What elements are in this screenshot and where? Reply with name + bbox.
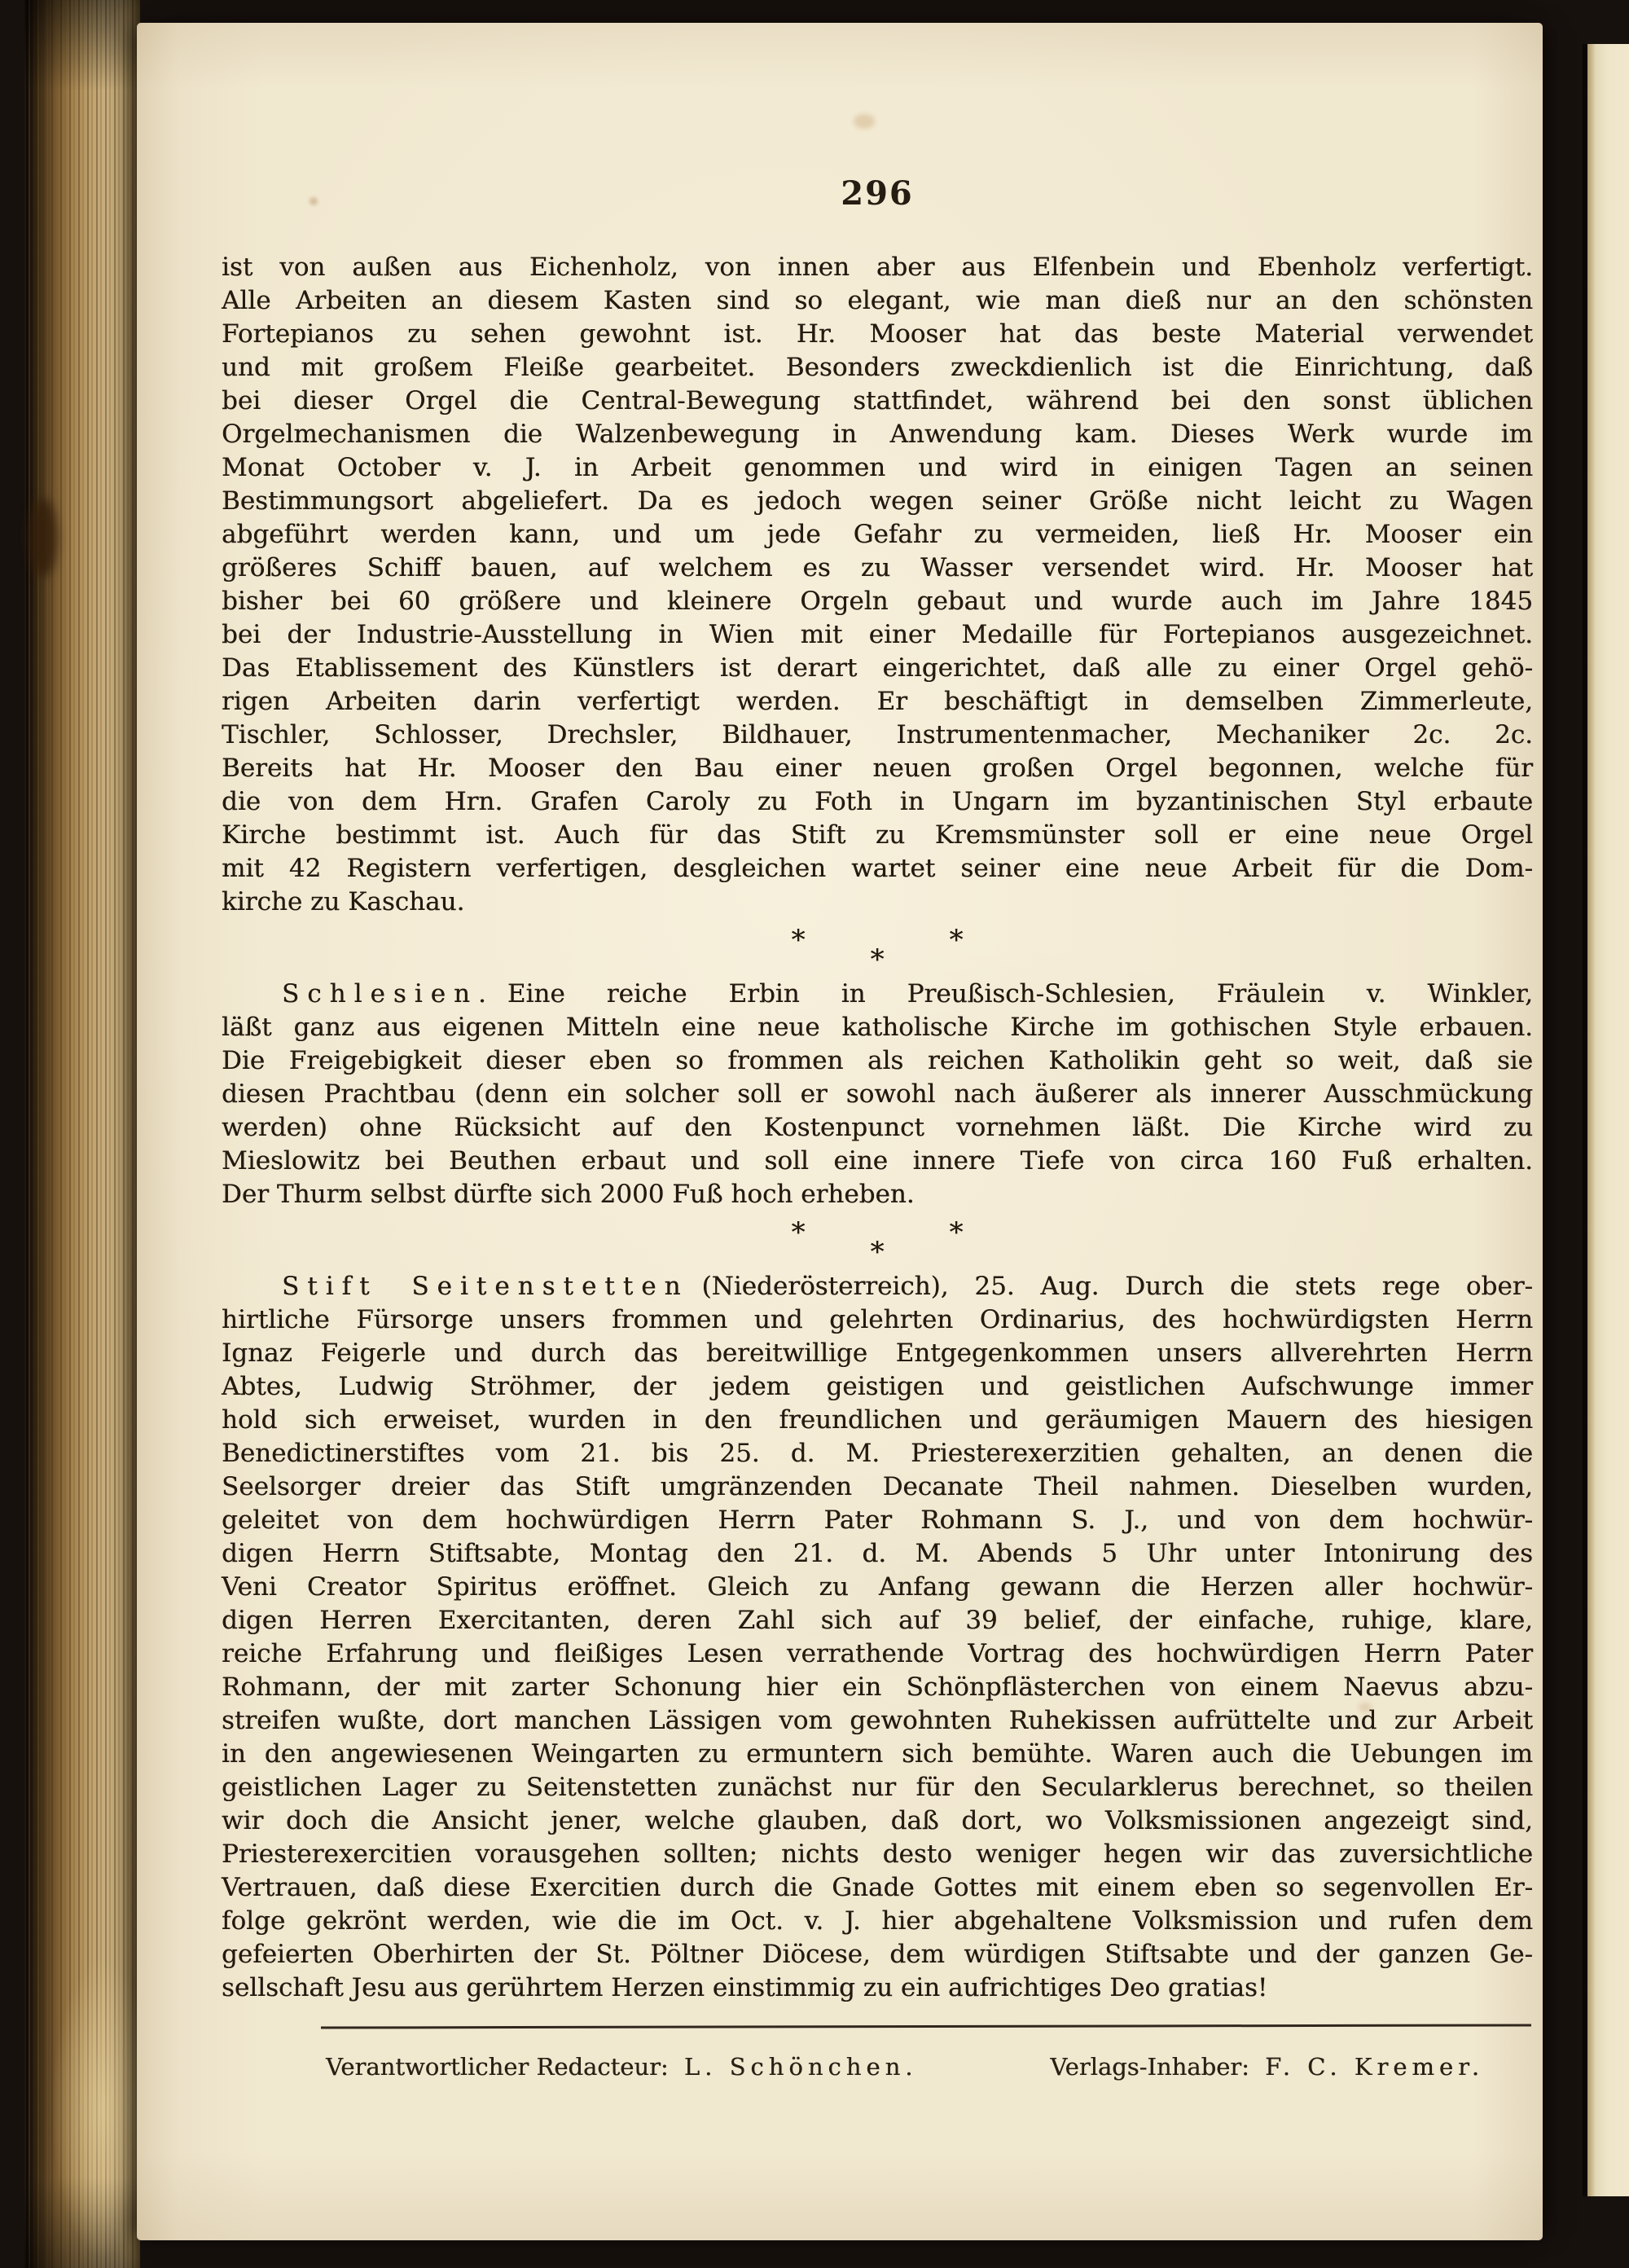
paragraph-lead: Stift Seitenstetten bbox=[282, 1272, 702, 1301]
page-number: 296 bbox=[222, 174, 1533, 213]
text-line: Seelsorger dreier das Stift umgränzenden… bbox=[222, 1470, 1533, 1504]
text-line: Priesterexercitien vorausgehen sollten; … bbox=[222, 1838, 1533, 1871]
text-line: in den angewiesenen Weingarten zu ermunt… bbox=[222, 1738, 1533, 1771]
footer-redacteur-label: Verantwortlicher Redacteur: bbox=[326, 2053, 669, 2081]
asterisk-icon: * bbox=[871, 943, 885, 977]
text-line: Mieslowitz bei Beuthen erbaut und soll e… bbox=[222, 1145, 1533, 1178]
text-line: Monat October v. J. in Arbeit genommen u… bbox=[222, 451, 1533, 485]
text-line: Die Freigebigkeit dieser eben so frommen… bbox=[222, 1044, 1533, 1078]
text-line: Das Etablissement des Künstlers ist dera… bbox=[222, 652, 1533, 685]
text-line: kirche zu Kaschau. bbox=[222, 886, 1533, 919]
text-line: reiche Erfahrung und fleißiges Lesen ver… bbox=[222, 1637, 1533, 1671]
text-line: Bestimmungsort abgeliefert. Da es jedoch… bbox=[222, 485, 1533, 518]
footer: Verantwortlicher Redacteur: L. Schönchen… bbox=[222, 2053, 1533, 2081]
asterism-separator: *** bbox=[222, 922, 1533, 978]
stain bbox=[854, 114, 875, 129]
text-line: digen Herren Exercitanten, deren Zahl si… bbox=[222, 1604, 1533, 1637]
text-line: werden) ohne Rücksicht auf den Kostenpun… bbox=[222, 1111, 1533, 1145]
asterisk-icon: * bbox=[792, 924, 806, 957]
next-page-edge bbox=[1583, 44, 1629, 2196]
paragraph: ist von außen aus Eichenholz, von innen … bbox=[222, 251, 1533, 919]
text-line: streifen wußte, dort manchen Lässigen vo… bbox=[222, 1704, 1533, 1738]
text-line: bisher bei 60 größere und kleinere Orgel… bbox=[222, 585, 1533, 618]
text-line: Tischler, Schlosser, Drechsler, Bildhaue… bbox=[222, 719, 1533, 752]
text-line: Vertrauen, daß diese Exercitien durch di… bbox=[222, 1871, 1533, 1905]
book-page: 296 ist von außen aus Eichenholz, von in… bbox=[137, 23, 1543, 2240]
paragraph-lead: Schlesien. bbox=[282, 979, 507, 1009]
asterism-separator: *** bbox=[222, 1215, 1533, 1270]
text-line: bei der Industrie-Ausstellung in Wien mi… bbox=[222, 618, 1533, 652]
text-line: Orgelmechanismen die Walzenbewegung in A… bbox=[222, 418, 1533, 451]
body-text: ist von außen aus Eichenholz, von innen … bbox=[222, 251, 1533, 2008]
asterisk-icon: * bbox=[792, 1216, 806, 1250]
text-line: und mit großem Fleiße gearbeitet. Besond… bbox=[222, 351, 1533, 385]
text-line: sellschaft Jesu aus gerührtem Herzen ein… bbox=[222, 1971, 1533, 2005]
text-line: die von dem Hrn. Grafen Caroly zu Foth i… bbox=[222, 785, 1533, 819]
footer-redacteur-name: L. Schönchen. bbox=[684, 2053, 918, 2081]
text-line: geistlichen Lager zu Seitenstetten zunäc… bbox=[222, 1771, 1533, 1804]
book-scan: 296 ist von außen aus Eichenholz, von in… bbox=[0, 0, 1629, 2268]
text-line: größeres Schiff bauen, auf welchem es zu… bbox=[222, 552, 1533, 585]
text-line: hirtliche Fürsorge unsers frommen und ge… bbox=[222, 1303, 1533, 1337]
footer-verleger-label: Verlags-Inhaber: bbox=[1050, 2053, 1249, 2081]
book-page-edges bbox=[24, 0, 140, 2268]
footer-redacteur: Verantwortlicher Redacteur: L. Schönchen… bbox=[326, 2053, 917, 2081]
footer-rule bbox=[321, 2024, 1531, 2028]
paragraph: Schlesien.Eine reiche Erbin in Preußisch… bbox=[222, 978, 1533, 1211]
text-line: Ignaz Feigerle und durch das bereitwilli… bbox=[222, 1337, 1533, 1370]
text-line: Bereits hat Hr. Mooser den Bau einer neu… bbox=[222, 752, 1533, 785]
text-line: läßt ganz aus eigenen Mitteln eine neue … bbox=[222, 1011, 1533, 1044]
paragraph: Stift Seitenstetten(Niederösterreich), 2… bbox=[222, 1270, 1533, 2005]
text-line: ist von außen aus Eichenholz, von innen … bbox=[222, 251, 1533, 284]
text-line: hold sich erweiset, wurden in den freund… bbox=[222, 1404, 1533, 1437]
footer-verleger: Verlags-Inhaber: F. C. Kremer. bbox=[1050, 2053, 1484, 2081]
text-line: diesen Prachtbau (denn ein solcher soll … bbox=[222, 1078, 1533, 1111]
asterisk-icon: * bbox=[950, 924, 964, 957]
stain bbox=[29, 499, 57, 577]
text-line: bei dieser Orgel die Central-Bewegung st… bbox=[222, 385, 1533, 418]
asterisk-icon: * bbox=[950, 1216, 964, 1250]
text-line: Kirche bestimmt ist. Auch für das Stift … bbox=[222, 819, 1533, 852]
text-line: Der Thurm selbst dürfte sich 2000 Fuß ho… bbox=[222, 1178, 1533, 1211]
text-line: rigen Arbeiten darin verfertigt werden. … bbox=[222, 685, 1533, 719]
text-line: Alle Arbeiten an diesem Kasten sind so e… bbox=[222, 284, 1533, 318]
text-line: Veni Creator Spiritus eröffnet. Gleich z… bbox=[222, 1571, 1533, 1604]
text-line: Schlesien.Eine reiche Erbin in Preußisch… bbox=[222, 978, 1533, 1011]
text-line: Abtes, Ludwig Ströhmer, der jedem geisti… bbox=[222, 1370, 1533, 1404]
asterisk-icon: * bbox=[871, 1236, 885, 1269]
text-line: Rohmann, der mit zarter Schonung hier ei… bbox=[222, 1671, 1533, 1704]
text-line: Benedictinerstiftes vom 21. bis 25. d. M… bbox=[222, 1437, 1533, 1470]
text-line: wir doch die Ansicht jener, welche glaub… bbox=[222, 1804, 1533, 1838]
text-line: mit 42 Registern verfertigen, desgleiche… bbox=[222, 852, 1533, 886]
text-line: gefeierten Oberhirten der St. Pöltner Di… bbox=[222, 1938, 1533, 1971]
text-line: geleitet von dem hochwürdigen Herrn Pate… bbox=[222, 1504, 1533, 1537]
footer-verleger-name: F. C. Kremer. bbox=[1265, 2053, 1484, 2081]
text-line: abgeführt werden kann, und um jede Gefah… bbox=[222, 518, 1533, 552]
text-line: digen Herrn Stiftsabte, Montag den 21. d… bbox=[222, 1537, 1533, 1571]
text-line: folge gekrönt werden, wie die im Oct. v.… bbox=[222, 1905, 1533, 1938]
text-line: Fortepianos zu sehen gewohnt ist. Hr. Mo… bbox=[222, 318, 1533, 351]
text-line: Stift Seitenstetten(Niederösterreich), 2… bbox=[222, 1270, 1533, 1303]
